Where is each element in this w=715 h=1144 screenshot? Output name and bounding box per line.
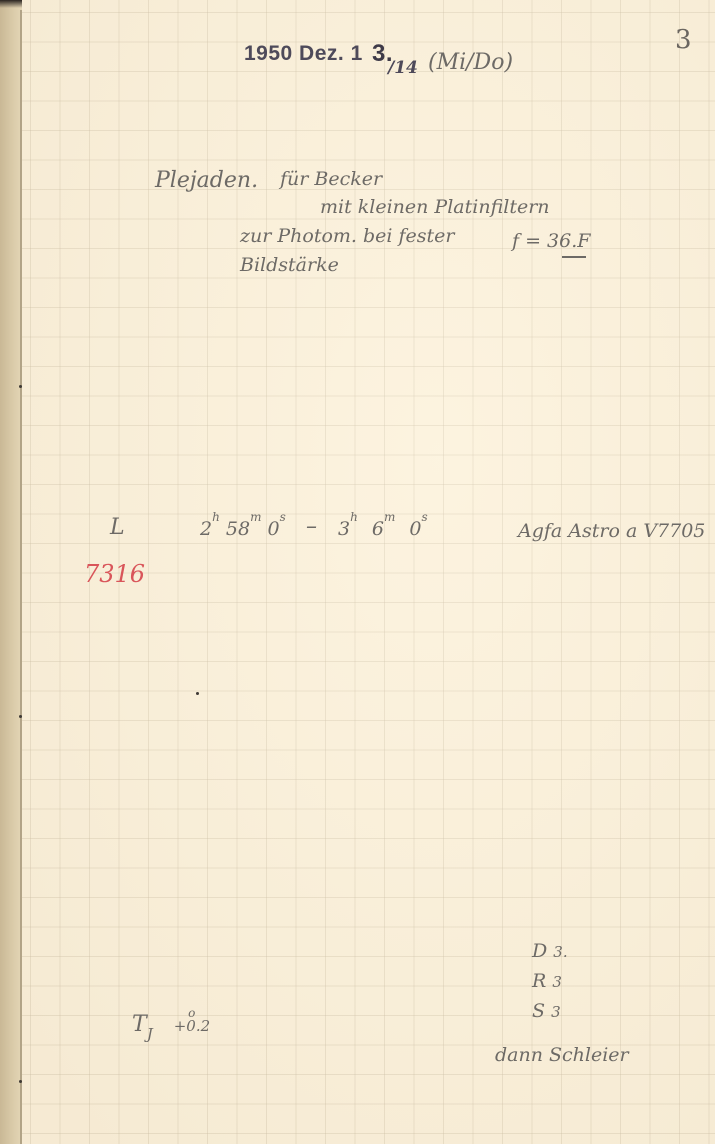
- exposure-time-start: 2h 58m 0s: [200, 518, 286, 540]
- plate-number: 7316: [84, 560, 145, 588]
- condition-row: D 3.: [532, 940, 568, 962]
- end-minutes-unit: m: [384, 510, 395, 524]
- binding-speck: [19, 1080, 22, 1083]
- formula-underline: [562, 256, 586, 258]
- temperature-subscript: J: [147, 1025, 153, 1043]
- start-hours-unit: h: [212, 510, 220, 524]
- temperature-label: T: [132, 1012, 147, 1037]
- start-minutes-unit: m: [250, 510, 261, 524]
- temperature-reading: TJ +0.2o: [132, 1012, 195, 1037]
- date-weekdays: (Mi/Do): [428, 50, 513, 75]
- end-minutes: 6: [372, 518, 384, 540]
- date-stamp-printed: 1950 Dez. 1: [244, 42, 363, 66]
- note-title: Plejaden.: [155, 168, 258, 193]
- end-seconds-unit: s: [422, 510, 428, 524]
- page-number: 3: [675, 25, 692, 55]
- condition-symbol: D: [532, 940, 547, 962]
- end-hours-unit: h: [350, 510, 358, 524]
- condition-row: S 3: [532, 1000, 561, 1022]
- condition-value: 3: [551, 1003, 561, 1021]
- condition-value: 3: [552, 973, 562, 991]
- condition-value: 3.: [553, 943, 567, 961]
- start-hours: 2: [200, 518, 212, 540]
- note-line-image-strength: Bildstärke: [240, 254, 339, 276]
- end-seconds: 0: [409, 518, 421, 540]
- end-hours: 3: [338, 518, 350, 540]
- exposure-time-end: 3h 6m 0s: [338, 518, 428, 540]
- observation-label: L: [110, 515, 125, 540]
- note-line-filters: mit kleinen Platinfiltern: [320, 196, 550, 218]
- start-minutes: 58: [226, 518, 250, 540]
- condition-symbol: S: [532, 1000, 545, 1022]
- temperature-degree: o: [188, 1006, 195, 1020]
- binding-shadow: [0, 0, 22, 1144]
- focal-formula: f = 36.F: [512, 230, 590, 252]
- start-seconds: 0: [268, 518, 280, 540]
- notebook-scan: 3 1950 Dez. 1 3. /14 (Mi/Do) Plejaden. f…: [0, 0, 715, 1144]
- photographic-plate-type: Agfa Astro a V7705: [518, 520, 705, 542]
- date-next-day: /14: [388, 58, 418, 78]
- paper-speck: [196, 692, 199, 695]
- binding-speck: [19, 715, 22, 718]
- time-range-dash: –: [306, 514, 317, 539]
- note-line-photometry: zur Photom. bei fester: [240, 225, 455, 247]
- note-recipient: für Becker: [280, 168, 382, 190]
- conditions-note: dann Schleier: [495, 1044, 629, 1066]
- start-seconds-unit: s: [280, 510, 286, 524]
- condition-row: R 3: [532, 970, 562, 992]
- binding-speck: [19, 385, 22, 388]
- condition-symbol: R: [532, 970, 546, 992]
